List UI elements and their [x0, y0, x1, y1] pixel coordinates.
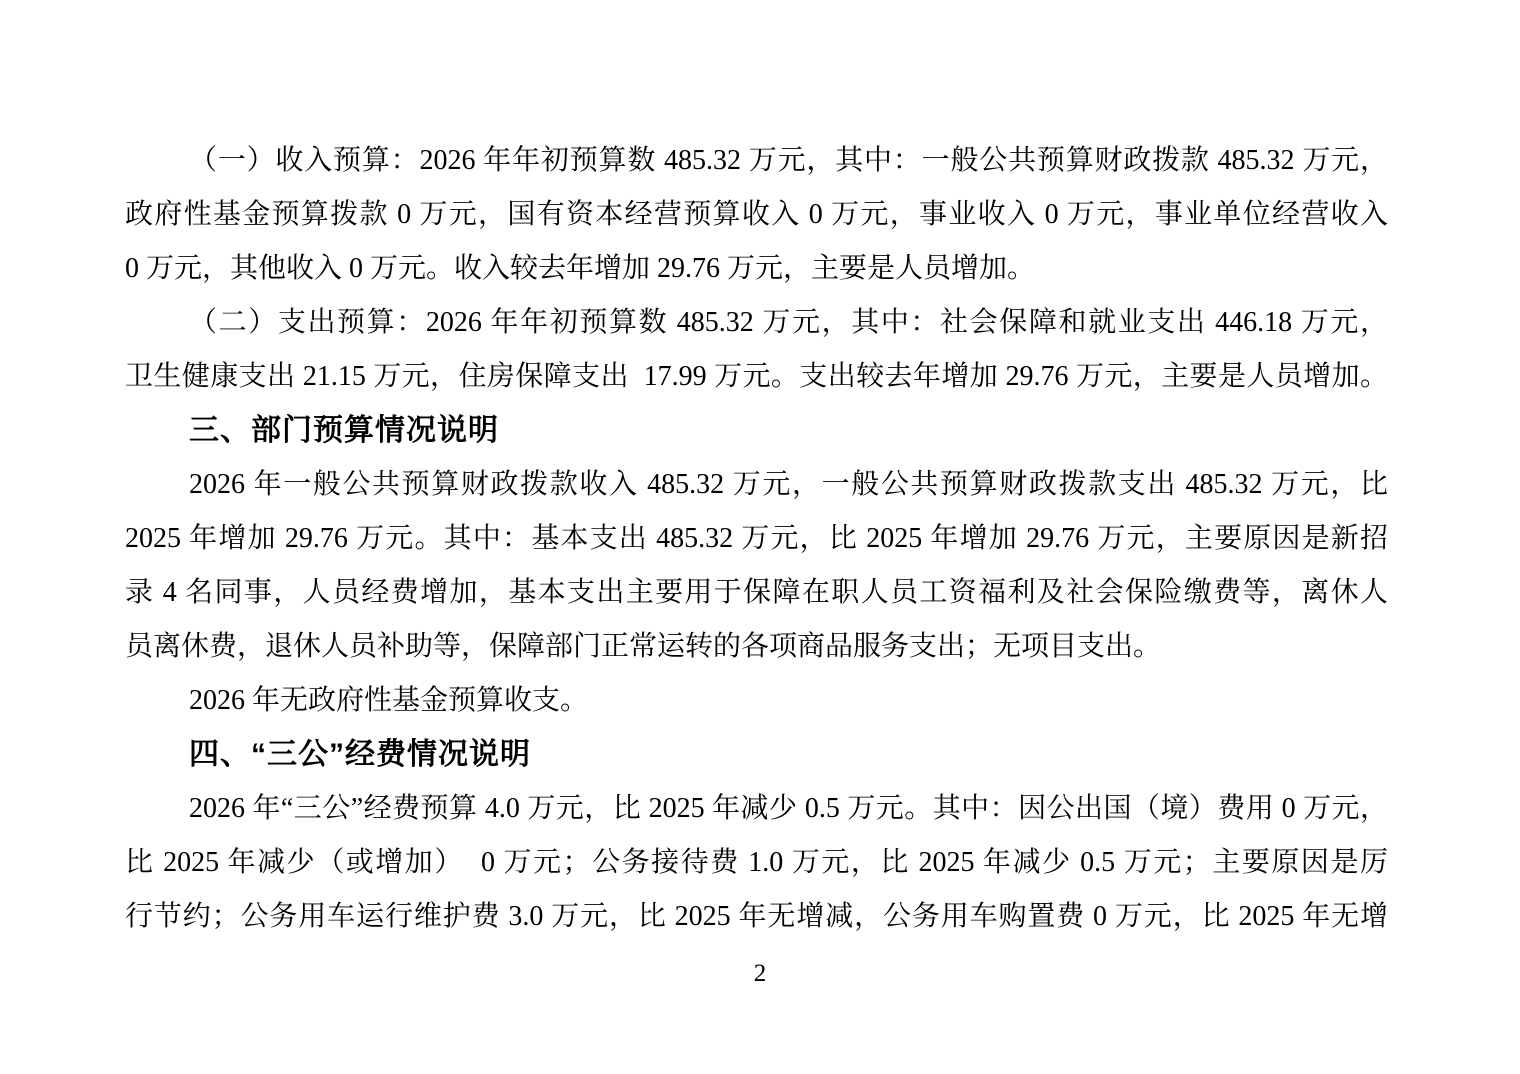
paragraph-line: 卫生健康支出 21.15 万元，住房保障支出 17.99 万元。支出较去年增加 … — [125, 350, 1388, 404]
paragraph-line: 2025 年增加 29.76 万元。其中：基本支出 485.32 万元，比 20… — [125, 512, 1388, 566]
paragraph-line: 员离休费，退休人员补助等，保障部门正常运转的各项商品服务支出；无项目支出。 — [125, 620, 1388, 674]
paragraph-line: 录 4 名同事，人员经费增加，基本支出主要用于保障在职人员工资福利及社会保险缴费… — [125, 566, 1388, 620]
section-heading-budget: 三、部门预算情况说明 — [125, 404, 1388, 458]
section-heading-three-public-funds: 四、“三公”经费情况说明 — [125, 728, 1388, 782]
page-number: 2 — [0, 950, 1520, 998]
paragraph-line: 2026 年一般公共预算财政拨款收入 485.32 万元，一般公共预算财政拨款支… — [125, 458, 1388, 512]
paragraph-line: 比 2025 年减少（或增加） 0 万元；公务接待费 1.0 万元，比 2025… — [125, 836, 1388, 890]
document-page: （一）收入预算：2026 年年初预算数 485.32 万元，其中：一般公共预算财… — [0, 0, 1520, 1074]
paragraph-line: （二）支出预算：2026 年年初预算数 485.32 万元，其中：社会保障和就业… — [125, 296, 1388, 350]
paragraph-line: 2026 年“三公”经费预算 4.0 万元，比 2025 年减少 0.5 万元。… — [125, 782, 1388, 836]
paragraph-line: 行节约；公务用车运行维护费 3.0 万元，比 2025 年无增减，公务用车购置费… — [125, 890, 1388, 944]
paragraph-line: （一）收入预算：2026 年年初预算数 485.32 万元，其中：一般公共预算财… — [125, 134, 1388, 188]
paragraph-line: 0 万元，其他收入 0 万元。收入较去年增加 29.76 万元，主要是人员增加。 — [125, 242, 1388, 296]
paragraph-line: 2026 年无政府性基金预算收支。 — [125, 674, 1388, 728]
paragraph-line: 政府性基金预算拨款 0 万元，国有资本经营预算收入 0 万元，事业收入 0 万元… — [125, 188, 1388, 242]
document-body: （一）收入预算：2026 年年初预算数 485.32 万元，其中：一般公共预算财… — [125, 134, 1388, 944]
